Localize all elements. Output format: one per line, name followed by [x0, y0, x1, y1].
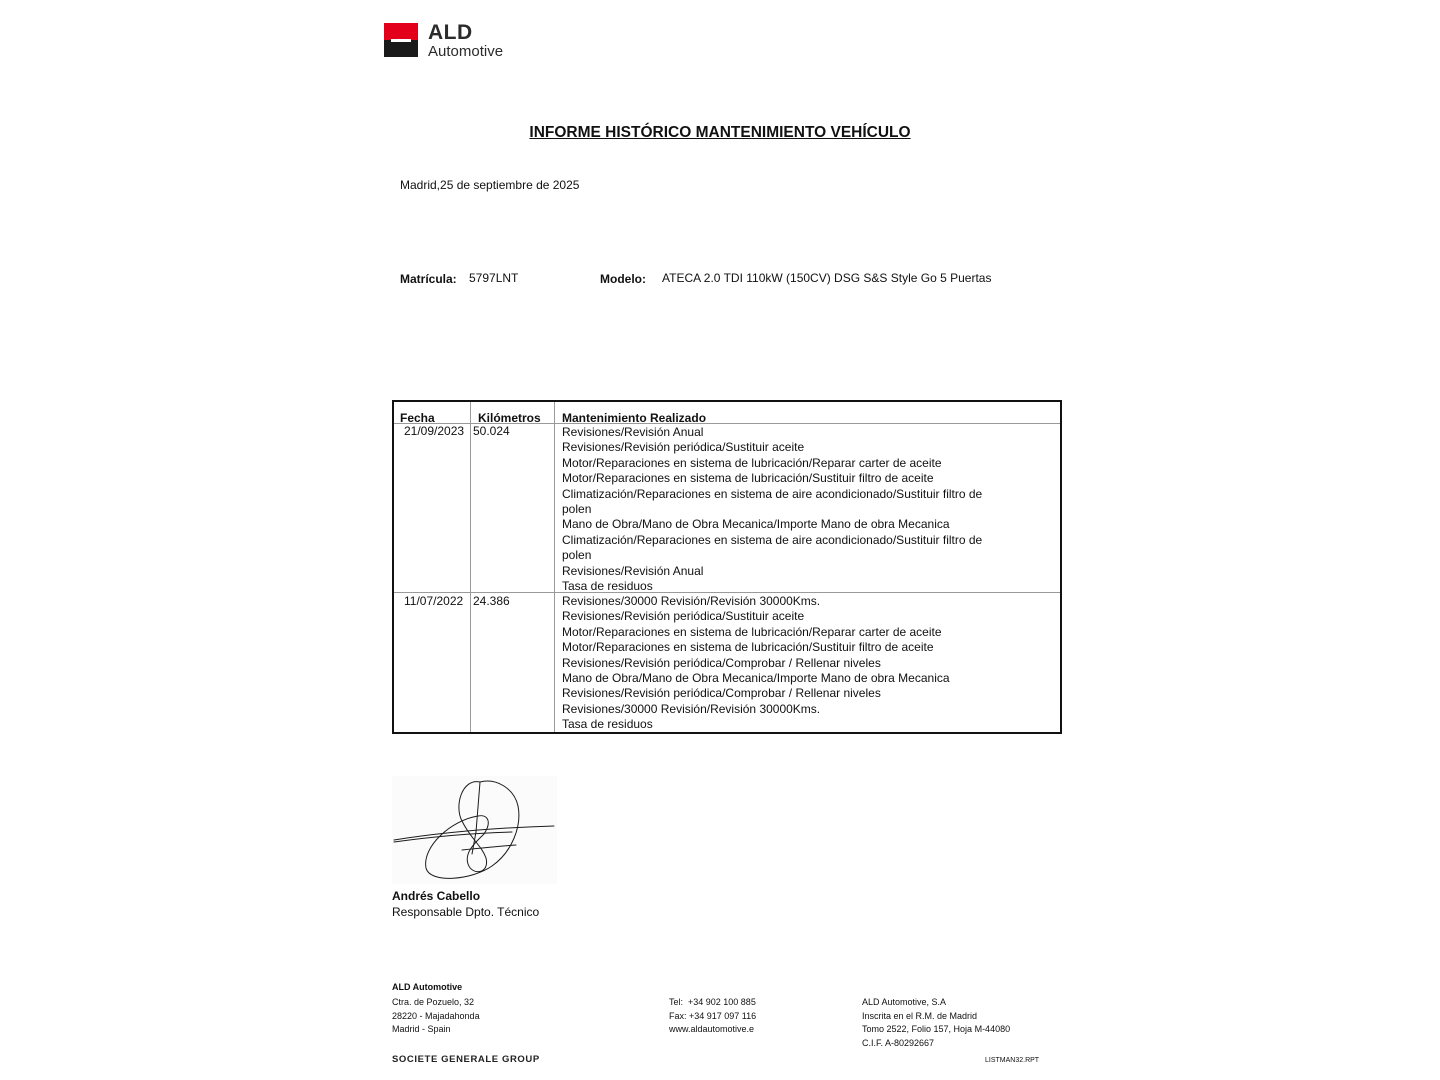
- plate-label: Matrícula:: [400, 272, 457, 286]
- legal-line: Tomo 2522, Folio 157, Hoja M-44080: [862, 1023, 1010, 1037]
- signature-scribble-icon: [392, 776, 557, 884]
- header-date: Fecha: [400, 411, 435, 425]
- maintenance-table: Fecha Kilómetros Mantenimiento Realizado…: [392, 400, 1062, 734]
- row-date: 11/07/2022: [404, 594, 463, 608]
- plate-value: 5797LNT: [469, 271, 518, 285]
- footer-tel: Tel: +34 902 100 885: [669, 996, 756, 1010]
- place-date: Madrid,25 de septiembre de 2025: [400, 178, 579, 192]
- row-maintenance: Revisiones/30000 Revisión/Revisión 30000…: [562, 594, 950, 733]
- report-code: LISTMAN32.RPT: [985, 1057, 1039, 1064]
- footer-website[interactable]: www.aldautomotive.e: [669, 1023, 756, 1037]
- row-date: 21/09/2023: [404, 424, 464, 438]
- row-maintenance: Revisiones/Revisión Anual Revisiones/Rev…: [562, 425, 982, 594]
- legal-line: C.I.F. A-80292667: [862, 1037, 1010, 1051]
- column-divider: [470, 402, 471, 732]
- logo-text-automotive: Automotive: [428, 43, 503, 60]
- model-label: Modelo:: [600, 272, 646, 286]
- footer-address: Ctra. de Pozuelo, 32 28220 - Majadahonda…: [392, 996, 480, 1037]
- model-value: ATECA 2.0 TDI 110kW (150CV) DSG S&S Styl…: [662, 271, 991, 285]
- legal-line: Inscrita en el R.M. de Madrid: [862, 1010, 1010, 1024]
- footer-company: ALD Automotive: [392, 981, 462, 995]
- logo-mark-icon: [384, 23, 418, 57]
- footer-fax: Fax: +34 917 097 116: [669, 1010, 756, 1024]
- footer-contact: Tel: +34 902 100 885 Fax: +34 917 097 11…: [669, 996, 756, 1037]
- document-title: INFORME HISTÓRICO MANTENIMIENTO VEHÍCULO: [0, 124, 1440, 142]
- legal-line: ALD Automotive, S.A: [862, 996, 1010, 1010]
- row-km: 50.024: [473, 424, 510, 438]
- group-tagline: SOCIETE GENERALE GROUP: [392, 1054, 540, 1065]
- address-line: Ctra. de Pozuelo, 32: [392, 996, 480, 1010]
- header-km: Kilómetros: [478, 411, 541, 425]
- signatory-name: Andrés Cabello: [392, 889, 480, 903]
- signature-image: [392, 776, 557, 884]
- header-maintenance: Mantenimiento Realizado: [562, 411, 706, 425]
- column-divider: [554, 402, 555, 732]
- logo-text-ald: ALD: [428, 22, 473, 44]
- address-line: 28220 - Majadahonda: [392, 1010, 480, 1024]
- footer-legal: ALD Automotive, S.A Inscrita en el R.M. …: [862, 996, 1010, 1051]
- ald-automotive-logo: ALD Automotive: [384, 22, 512, 60]
- signatory-role: Responsable Dpto. Técnico: [392, 905, 539, 919]
- row-km: 24.386: [473, 594, 510, 608]
- address-line: Madrid - Spain: [392, 1023, 480, 1037]
